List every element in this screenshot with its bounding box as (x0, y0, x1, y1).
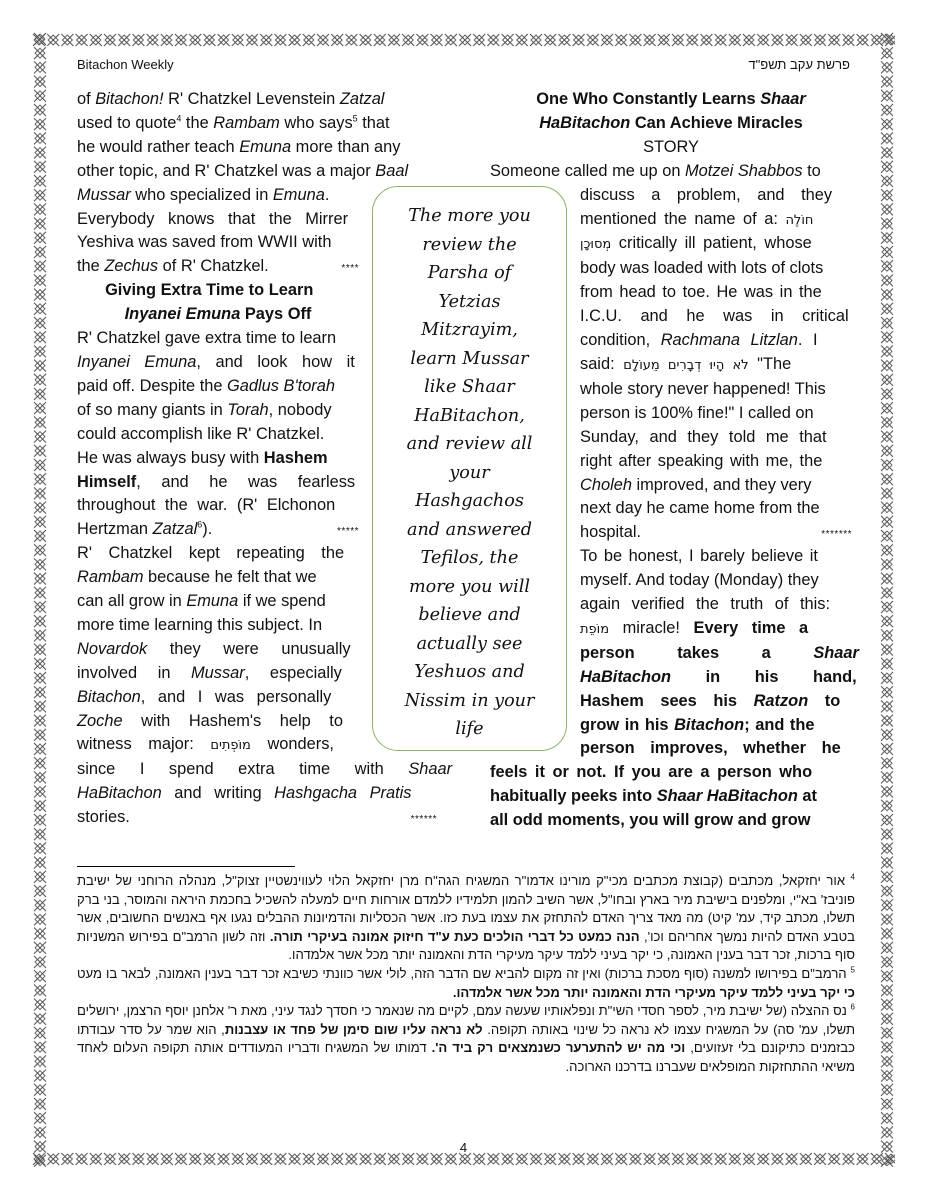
text-line: witness major: מוֹפְתִים wonders, (77, 733, 361, 758)
text-line: all odd moments, you will grow and grow (490, 809, 852, 833)
text-line: מְסוּכָן critically ill patient, whose (580, 232, 852, 257)
text-line: Hertzman Zatzal6). ***** (77, 518, 359, 542)
hebrew-phrase: לֹא הָיוּ דְבָרִים מֵעוֹלָם (623, 358, 748, 373)
hebrew-word: מְסוּכָן (580, 237, 611, 252)
text-line: Rambam because he felt that we (77, 566, 361, 590)
page-number: 4 (0, 1140, 927, 1155)
story-wrap-text: discuss a problem, and they mentioned th… (580, 184, 852, 762)
footnote-4: 4 אור יחזקאל, מכתבים (קבוצת מכתבים מכי"ק… (77, 872, 855, 965)
border-pattern-icon (32, 32, 48, 1167)
text-line: HaBitachon and writing Hashgacha Pratis (77, 782, 361, 806)
section-heading: Giving Extra Time to Learn Inyanei Emuna… (77, 279, 359, 327)
section-divider-stars: ****** (411, 808, 437, 832)
section-divider-stars: ******* (821, 523, 852, 547)
text-line: of so many giants in Torah, nobody (77, 399, 361, 423)
text-line: since I spend extra time with Shaar (77, 758, 361, 782)
parsha-date: פרשת עקב תשפ"ד (748, 57, 850, 72)
border-pattern-icon (879, 32, 895, 1167)
text-line: Everybody knows that the Mirrer (77, 208, 359, 232)
text-line: To be honest, I barely believe it (580, 545, 852, 569)
text-line: more time learning this subject. In (77, 614, 361, 638)
text-line: מוֹפֵת miracle! Every time a (580, 617, 852, 642)
text-line: again verified the truth of this: (580, 593, 852, 617)
text-line: R' Chatzkel gave extra time to learn (77, 327, 361, 351)
text-line: from head to toe. He was in the (580, 281, 852, 305)
text-line: right after speaking with me, the (580, 450, 852, 474)
text-line: he would rather teach Emuna more than an… (77, 136, 361, 160)
border-pattern-icon (32, 32, 895, 48)
hebrew-word: מוֹפְתִים (210, 738, 251, 753)
text-line: whole story never happened! This (580, 378, 852, 402)
text-line: person takes a Shaar (580, 642, 852, 666)
footnote-6: 6 נס ההצלה (של ישיבת מיר, לספר חסדי השי"… (77, 1002, 855, 1076)
footnote-separator (77, 866, 295, 867)
text-line: person improves, whether he (580, 737, 852, 761)
text-line: Choleh improved, and they very (580, 474, 852, 498)
text-line: habitually peeks into Shaar HaBitachon a… (490, 785, 852, 809)
text-line: condition, Rachmana Litzlan. I (580, 329, 852, 353)
footnote-5: 5 הרמב"ם בפירושו למשנה (סוף מסכת ברכות) … (77, 965, 855, 1002)
text-line: Sunday, and they told me that (580, 426, 852, 450)
text-line: body was loaded with lots of clots (580, 257, 852, 281)
hebrew-word: חוֹלֶה (785, 213, 813, 228)
footnotes: 4 אור יחזקאל, מכתבים (קבוצת מכתבים מכי"ק… (77, 872, 855, 1077)
text-line: R' Chatzkel kept repeating the (77, 542, 361, 566)
text-line: hospital. ******* (580, 521, 852, 545)
text-line: myself. And today (Monday) they (580, 569, 852, 593)
article-subheading: STORY (490, 136, 852, 160)
text-line: feels it or not. If you are a person who (490, 761, 852, 785)
text-line: Zoche with Hashem's help to (77, 710, 361, 734)
article-heading: One Who Constantly Learns Shaar HaBitach… (490, 88, 852, 136)
text-line: can all grow in Emuna if we spend (77, 590, 361, 614)
text-line: the Zechus of R' Chatzkel. **** (77, 255, 359, 279)
section-divider-stars: **** (341, 257, 359, 281)
text-line: paid off. Despite the Gadlus B'torah (77, 375, 361, 399)
text-line: HaBitachon in his hand, (580, 666, 852, 690)
text-line: I.C.U. and he was in critical (580, 305, 852, 329)
text-line: discuss a problem, and they (580, 184, 852, 208)
right-column: One Who Constantly Learns Shaar HaBitach… (490, 88, 852, 833)
section-divider-stars: ***** (337, 520, 359, 544)
text-line: Yeshiva was saved from WWII with (77, 231, 361, 255)
text-line: grow in his Bitachon; and the (580, 714, 852, 738)
text-line: of Bitachon! R' Chatzkel Levenstein Zatz… (77, 88, 361, 112)
text-line: involved in Mussar, especially (77, 662, 361, 686)
text-line: Someone called me up on Motzei Shabbos t… (490, 160, 852, 184)
text-line: mentioned the name of a: חוֹלֶה (580, 208, 852, 233)
text-line: Mussar who specialized in Emuna. (77, 184, 361, 208)
text-line: said: לֹא הָיוּ דְבָרִים מֵעוֹלָם "The (580, 353, 852, 378)
text-line: Bitachon, and I was personally (77, 686, 361, 710)
text-line: next day he came home from the (580, 497, 852, 521)
text-line: Himself, and he was fearless (77, 471, 361, 495)
text-line: Hashem sees his Ratzon to (580, 690, 852, 714)
text-line: stories. ****** (77, 806, 437, 830)
text-line: Inyanei Emuna, and look how it (77, 351, 361, 375)
text-line: He was always busy with Hashem (77, 447, 361, 471)
text-line: used to quote4 the Rambam who says5 that (77, 112, 361, 136)
text-line: Novardok they were unusually (77, 638, 361, 662)
text-line: person is 100% fine!" I called on (580, 402, 852, 426)
text-line: could accomplish like R' Chatzkel. (77, 423, 361, 447)
text-line: throughout the war. (R' Elchonon (77, 494, 361, 518)
text-line: other topic, and R' Chatzkel was a major… (77, 160, 361, 184)
newsletter-title: Bitachon Weekly (77, 57, 174, 72)
hebrew-word: מוֹפֵת (580, 622, 609, 637)
left-column: of Bitachon! R' Chatzkel Levenstein Zatz… (77, 88, 361, 832)
